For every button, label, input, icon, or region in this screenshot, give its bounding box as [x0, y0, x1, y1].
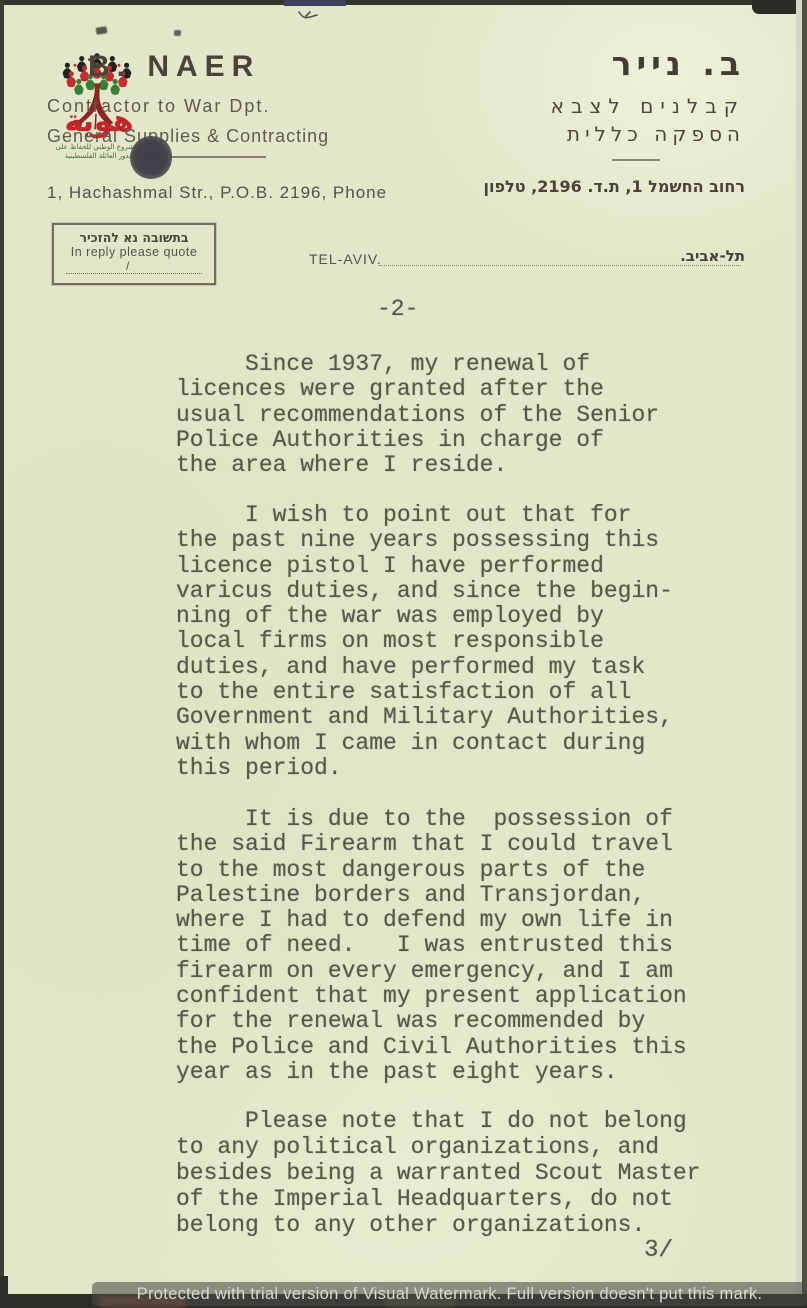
page-number: -2- [377, 296, 418, 322]
body-paragraph-4: Please note that I do not belong to any … [176, 1108, 701, 1238]
scan-corner-bottom-left [0, 1276, 8, 1308]
scan-edge-top [0, 0, 807, 5]
company-services-line: General Supplies & Contracting [47, 126, 329, 147]
company-services-line-hebrew: הספקה כללית [567, 122, 745, 146]
reply-quote-slash: / [126, 259, 129, 273]
reply-quote-hebrew: בתשובה נא להזכיר [54, 230, 214, 245]
dateline-city-hebrew: תל-אביב. [680, 247, 745, 265]
company-address-hebrew: רחוב החשמל 1, ת.ד. 2196, טלפון [484, 177, 745, 196]
trial-watermark-bar: Protected with trial version of Visual W… [92, 1282, 807, 1306]
letterhead-rule-right [612, 159, 660, 161]
reply-quote-fill-line [66, 273, 202, 274]
dateline-city-english: TEL-AVIV. [309, 251, 382, 267]
company-name-hebrew: ב. נייר [612, 44, 745, 83]
dateline-fill-line [379, 265, 741, 266]
ink-smudge-mark [174, 30, 181, 36]
ink-smudge-mark [96, 26, 108, 34]
letterhead-rule-left [170, 156, 266, 158]
scan-edge-left [0, 0, 4, 1308]
scanned-letter-page: هوية المشروع الوطني للحفاظ على جذور العا… [0, 0, 807, 1308]
scan-edge-top-navy-segment [284, 0, 346, 6]
company-role-line-hebrew: קבלנים לצבא [551, 94, 745, 118]
company-role-line: Contractor to War Dpt. [47, 96, 270, 117]
pen-squiggle-mark [296, 9, 320, 23]
scan-edge-right [802, 0, 807, 1308]
reply-quote-english: In reply please quote [54, 245, 214, 259]
body-paragraph-2: I wish to point out that for the past ni… [176, 503, 673, 781]
body-paragraph-3: It is due to the possession of the said … [176, 807, 687, 1085]
reply-quote-box: בתשובה נא להזכיר In reply please quote / [52, 223, 216, 285]
trial-watermark-text: Protected with trial version of Visual W… [137, 1285, 763, 1304]
company-name-english: B. NAER [88, 50, 260, 84]
punch-hole [130, 136, 172, 179]
company-address-english: 1, Hachashmal Str., P.O.B. 2196, Phone [47, 183, 387, 203]
body-paragraph-1: Since 1937, my renewal of licences were … [176, 352, 659, 478]
next-page-marker: 3/ [644, 1237, 674, 1265]
